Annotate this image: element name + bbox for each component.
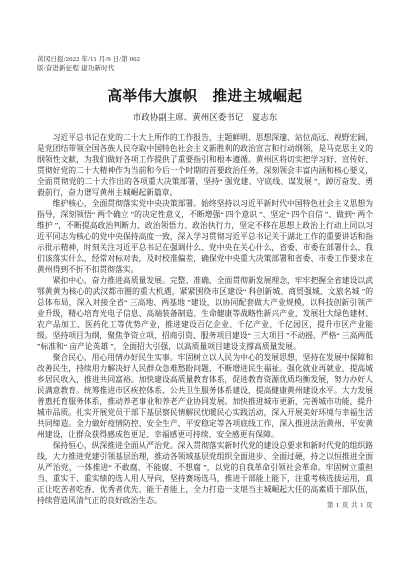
article-body: 习近平总书记在党的二十大上所作的工作报告，主题鲜明、思想深邃、站位高远、视野宏阔… <box>37 132 373 506</box>
body-paragraph-1: 习近平总书记在党的二十大上所作的工作报告，主题鲜明、思想深邃、站位高远、视野宏阔… <box>37 132 373 198</box>
article-title: 高举伟大旗帜 推进主城崛起 <box>37 88 373 106</box>
newspaper-source-meta: 黄冈日报/2022 年/11 月/9 日/第 002 版/奋进新征程 建功新时代 <box>37 55 373 73</box>
article-byline: 市政协副主席、黄州区委书记 夏志东 <box>37 111 373 123</box>
body-paragraph-4: 聚合民心，用心用情办好民生实事。牢固树立以人民为中心的发展思想，坚持在发展中保障… <box>37 352 373 440</box>
body-paragraph-5: 保持恒心，纵深推进全面从严治党。深入贯彻落实新时代党的建设总要求和新时代党的组织… <box>37 440 373 506</box>
meta-line-1: 黄冈日报/2022 年/11 月/9 日/第 002 <box>37 55 373 64</box>
page-number: 第 1 页 共 1 页 <box>327 500 373 509</box>
body-paragraph-2: 维护核心，全面贯彻落实党中央决策部署。始终坚持以习近平新时代中国特色社会主义思想… <box>37 198 373 275</box>
body-paragraph-3: 紧扣中心，奋力推进高质量发展。完整、准确、全面贯彻新发展理念，牢牢把握全省建设以… <box>37 275 373 352</box>
document-page: 黄冈日报/2022 年/11 月/9 日/第 002 版/奋进新征程 建功新时代… <box>0 0 410 580</box>
meta-line-2: 版/奋进新征程 建功新时代 <box>37 64 373 73</box>
